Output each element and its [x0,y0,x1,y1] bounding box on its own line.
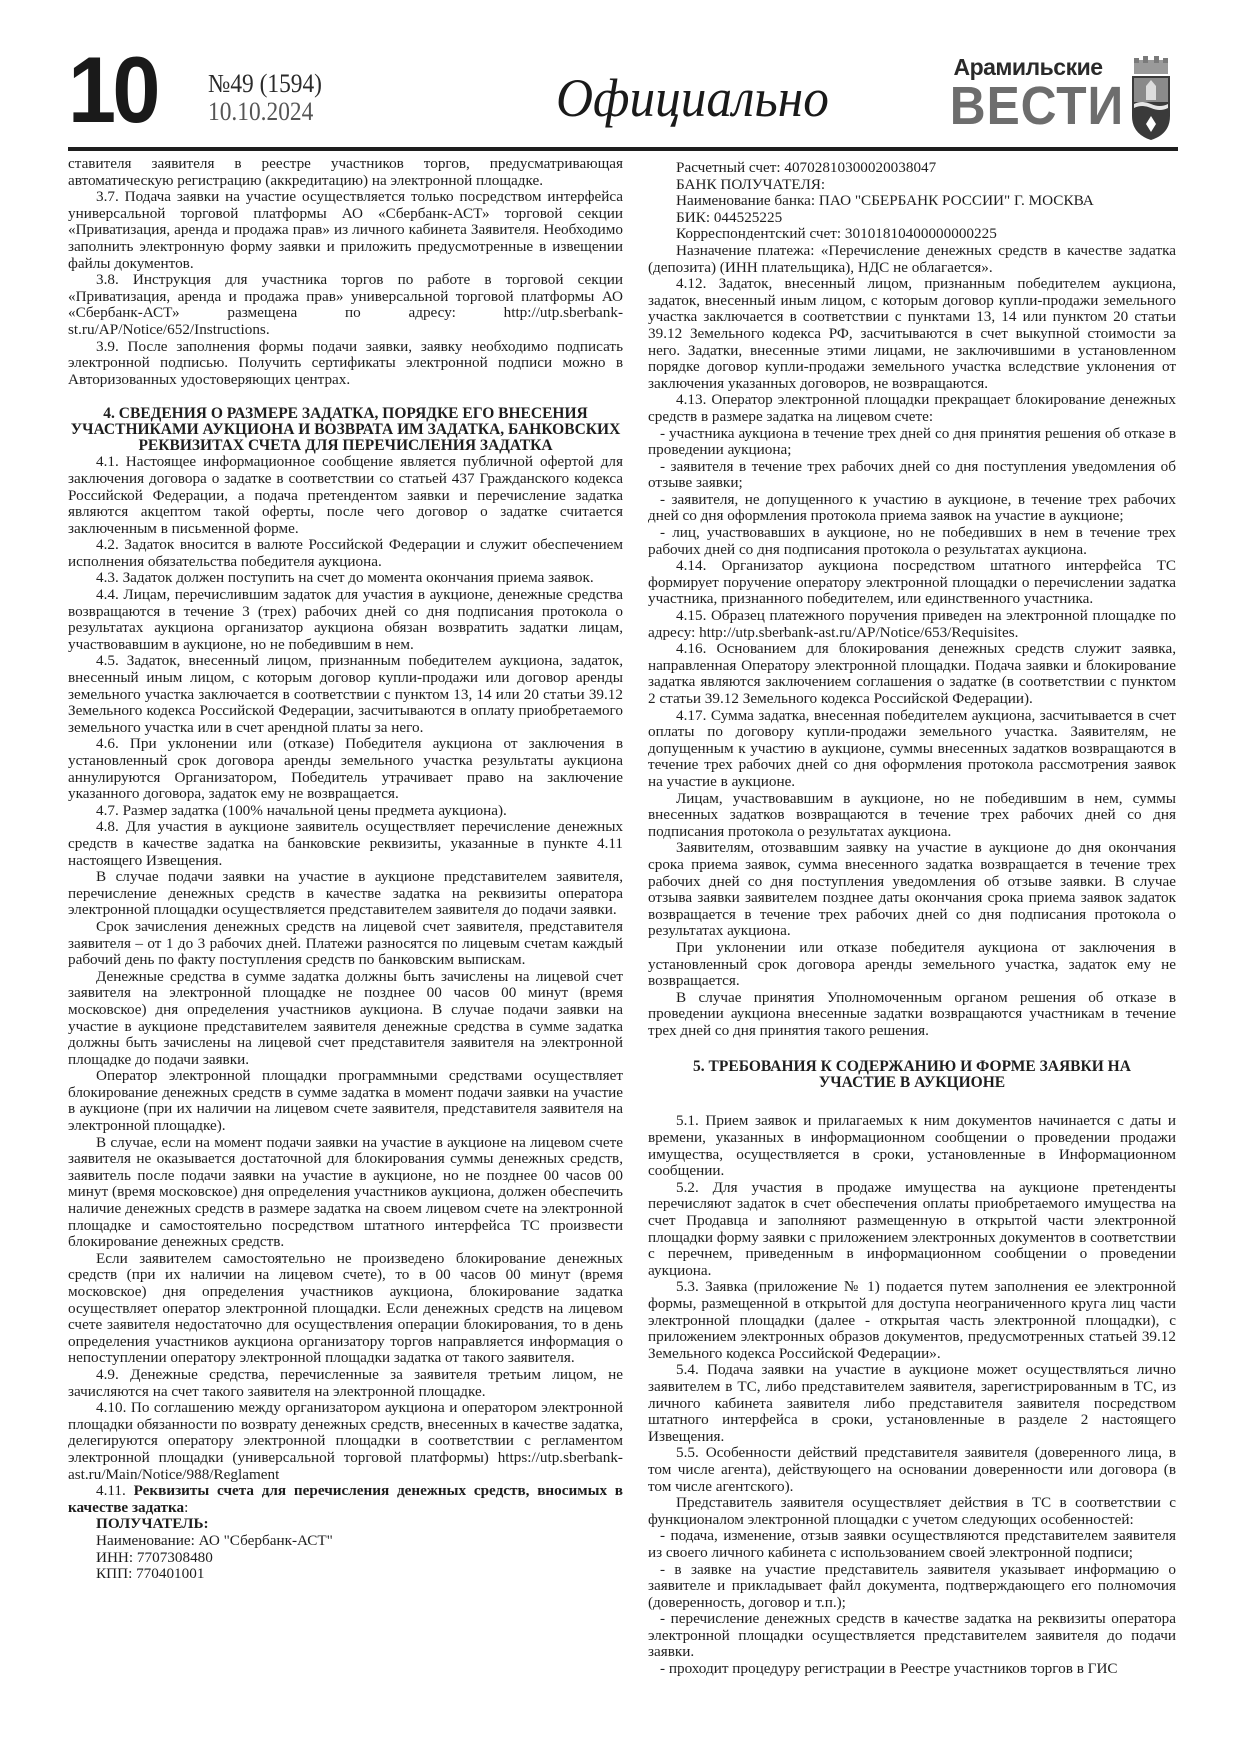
paragraph-3-9: 3.9. После заполнения формы подачи заявк… [68,339,623,389]
issue-date: 10.10.2024 [208,98,322,126]
section-title: Официально [556,68,829,128]
list-item: - заявителя, не допущенного к участию в … [648,492,1176,525]
paragraph: Если заявителем самостоятельно не произв… [68,1251,623,1367]
paragraph-4-7: 4.7. Размер задатка (100% начальной цены… [68,803,623,820]
paragraph: При уклонении или отказе победителя аукц… [648,940,1176,990]
colon: : [184,1499,188,1516]
payment-purpose: Назначение платежа: «Перечисление денежн… [648,243,1176,276]
paragraph: Заявителям, отозвавшим заявку на участие… [648,840,1176,940]
list-item: - участника аукциона в течение трех дней… [648,426,1176,459]
bank-name: Наименование банка: ПАО "СБЕРБАНК РОССИИ… [648,193,1176,210]
paragraph-4-8: 4.8. Для участия в аукционе заявитель ос… [68,819,623,869]
paragraph: В случае принятия Уполномоченным органом… [648,990,1176,1040]
paragraph-3-7: 3.7. Подача заявки на участие осуществля… [68,189,623,272]
recipient-label-text: ПОЛУЧАТЕЛЬ: [96,1515,209,1532]
paragraph: Оператор электронной площадки программны… [68,1068,623,1134]
paragraph: Денежные средства в сумме задатка должны… [68,969,623,1069]
issue-info: №49 (1594) 10.10.2024 [208,70,322,126]
paragraph-4-16: 4.16. Основанием для блокирования денежн… [648,641,1176,707]
paragraph-5-2: 5.2. Для участия в продаже имущества на … [648,1180,1176,1280]
masthead: 10 №49 (1594) 10.10.2024 Официально Арам… [68,40,1178,150]
paragraph-3-8: 3.8. Инструкция для участника торгов по … [68,272,623,338]
paragraph-4-9: 4.9. Денежные средства, перечисленные за… [68,1367,623,1400]
paragraph-4-10: 4.10. По соглашению между организатором … [68,1400,623,1483]
paragraph-4-12: 4.12. Задаток, внесенный лицом, признанн… [648,276,1176,392]
paragraph-4-14: 4.14. Организатор аукциона посредством ш… [648,558,1176,608]
corr-account: Корреспондентский счет: 3010181040000000… [648,226,1176,243]
header-rule [68,147,1178,151]
list-item: - заявителя в течение трех рабочих дней … [648,459,1176,492]
paragraph-4-11: 4.11. Реквизиты счета для перечисления д… [68,1483,623,1516]
section-5-heading: 5. ТРЕБОВАНИЯ К СОДЕРЖАНИЮ И ФОРМЕ ЗАЯВК… [660,1059,1164,1091]
city-coat-of-arms-icon [1128,56,1174,140]
bank-details-heading: Реквизиты счета для перечисления денежны… [68,1482,623,1516]
bank-bik: БИК: 044525225 [648,210,1176,227]
section-4-heading: 4. СВЕДЕНИЯ О РАЗМЕРЕ ЗАДАТКА, ПОРЯДКЕ Е… [68,406,623,454]
paragraph-5-3: 5.3. Заявка (приложение № 1) подается пу… [648,1279,1176,1362]
paragraph: Лицам, участвовавшим в аукционе, но не п… [648,791,1176,841]
paragraph: ставителя заявителя в реестре участников… [68,156,623,189]
paragraph-5-1: 5.1. Прием заявок и прилагаемых к ним до… [648,1113,1176,1179]
paragraph-4-4: 4.4. Лицам, перечислившим задаток для уч… [68,587,623,653]
paragraph: Срок зачисления денежных средств на лице… [68,919,623,969]
account-number: Расчетный счет: 40702810300020038047 [648,160,1176,177]
page-number: 10 [68,40,157,140]
paragraph-4-15: 4.15. Образец платежного поручения приве… [648,608,1176,641]
paragraph-4-13: 4.13. Оператор электронной площадки прек… [648,392,1176,425]
recipient-inn: ИНН: 7707308480 [68,1550,623,1567]
paragraph-5-5: 5.5. Особенности действий представителя … [648,1445,1176,1495]
list-item: - подача, изменение, отзыв заявки осущес… [648,1528,1176,1561]
recipient-kpp: КПП: 770401001 [68,1566,623,1583]
paragraph-4-2: 4.2. Задаток вносится в валюте Российско… [68,537,623,570]
issue-number: №49 (1594) [208,70,322,98]
paragraph-5-4: 5.4. Подача заявки на участие в аукционе… [648,1362,1176,1445]
list-item: - лиц, участвовавших в аукционе, но не п… [648,525,1176,558]
paragraph-4-5: 4.5. Задаток, внесенный лицом, признанны… [68,653,623,736]
paragraph-4-17: 4.17. Сумма задатка, внесенная победител… [648,708,1176,791]
paragraph: В случае, если на момент подачи заявки н… [68,1135,623,1251]
clause-number: 4.11. [96,1482,134,1499]
paragraph: В случае подачи заявки на участие в аукц… [68,869,623,919]
recipient-name: Наименование: АО "Сбербанк-АСТ" [68,1533,623,1550]
right-column: Расчетный счет: 40702810300020038047 БАН… [648,160,1176,1678]
list-item: - в заявке на участие представитель заяв… [648,1562,1176,1612]
list-item: - проходит процедуру регистрации в Реест… [648,1661,1176,1678]
left-column: ставителя заявителя в реестре участников… [68,156,623,1583]
logo-main-text: ВЕСТИ [950,76,1106,136]
paragraph-4-1: 4.1. Настоящее информационное сообщение … [68,454,623,537]
newspaper-logo: Арамильские ВЕСТИ [943,54,1178,144]
recipient-label: ПОЛУЧАТЕЛЬ: [68,1516,623,1533]
paragraph-4-6: 4.6. При уклонении или (отказе) Победите… [68,736,623,802]
bank-label: БАНК ПОЛУЧАТЕЛЯ: [648,177,1176,194]
list-item: - перечисление денежных средств в качест… [648,1611,1176,1661]
paragraph: Представитель заявителя осуществляет дей… [648,1495,1176,1528]
paragraph-4-3: 4.3. Задаток должен поступить на счет до… [68,570,623,587]
